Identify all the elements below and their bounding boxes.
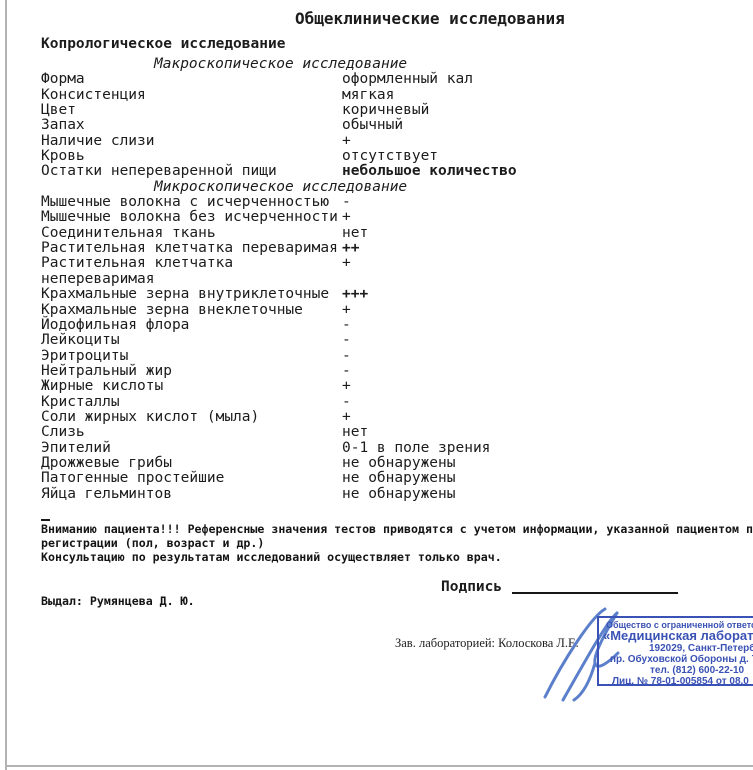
page-bottom-edge bbox=[5, 765, 753, 767]
result-value: не обнаружены bbox=[342, 471, 456, 486]
result-value: + bbox=[342, 410, 351, 425]
result-row: Растительная клетчатка+ bbox=[41, 256, 753, 271]
result-value: - bbox=[342, 395, 351, 410]
result-label: Крахмальные зерна внеклеточные bbox=[41, 303, 342, 318]
result-value: нет bbox=[342, 425, 368, 440]
result-label: Кристаллы bbox=[41, 395, 342, 410]
result-label: Кровь bbox=[41, 149, 342, 164]
result-label: Яйца гельминтов bbox=[41, 487, 342, 502]
result-row: Дрожжевые грибыне обнаружены bbox=[41, 456, 753, 471]
result-label: непереваримая bbox=[41, 272, 342, 287]
result-value: не обнаружены bbox=[342, 487, 456, 502]
result-label: Остатки непереваренной пищи bbox=[41, 164, 342, 179]
stamp-line-street: пр. Обуховской Обороны д. 7 bbox=[610, 654, 753, 665]
result-value: оформленный кал bbox=[342, 72, 473, 87]
result-label: Дрожжевые грибы bbox=[41, 456, 342, 471]
result-row: Эритроциты- bbox=[41, 349, 753, 364]
result-row: Кровьотсутствует bbox=[41, 149, 753, 164]
report-title: Общеклинические исследования bbox=[295, 9, 565, 28]
result-value: + bbox=[342, 256, 351, 271]
lab-head-label: Зав. лабораторией: Колоскова Л.Е. bbox=[395, 636, 579, 651]
result-value: ++ bbox=[342, 241, 359, 256]
result-value: - bbox=[342, 195, 351, 210]
result-row: Консистенциямягкая bbox=[41, 88, 753, 103]
lab-report-page: Общеклинические исследования Копрологиче… bbox=[0, 0, 753, 770]
result-label: Растительная клетчатка переваримая bbox=[41, 241, 342, 256]
result-value: обычный bbox=[342, 118, 403, 133]
result-row: Остатки непереваренной пищинебольшое кол… bbox=[41, 164, 753, 179]
result-row: Цветкоричневый bbox=[41, 103, 753, 118]
patient-notice: Вниманию пациента!!! Референсные значени… bbox=[41, 522, 753, 564]
result-row: Лейкоциты- bbox=[41, 333, 753, 348]
signature-line bbox=[512, 592, 678, 594]
result-value: + bbox=[342, 379, 351, 394]
result-value: + bbox=[342, 134, 351, 149]
signature-label: Подпись bbox=[441, 579, 502, 595]
result-label: Запах bbox=[41, 118, 342, 133]
section-title: Копрологическое исследование bbox=[41, 36, 285, 52]
result-row: Кристаллы- bbox=[41, 395, 753, 410]
result-row: Мышечные волокна без исчерченности+ bbox=[41, 210, 753, 225]
result-row: Крахмальные зерна внутриклеточные+++ bbox=[41, 287, 753, 302]
result-value: - bbox=[342, 333, 351, 348]
result-value: не обнаружены bbox=[342, 456, 456, 471]
result-label: Мышечные волокна без исчерченности bbox=[41, 210, 342, 225]
result-row: Запахобычный bbox=[41, 118, 753, 133]
issued-by-label: Выдал: Румянцева Д. Ю. bbox=[41, 594, 195, 608]
result-row: Патогенные простейшиене обнаружены bbox=[41, 471, 753, 486]
result-row: Нейтральный жир- bbox=[41, 364, 753, 379]
result-label: Слизь bbox=[41, 425, 342, 440]
result-label: Эпителий bbox=[41, 441, 342, 456]
notice-overbar bbox=[41, 519, 50, 521]
subsection-header: Макроскопическое исследование bbox=[41, 57, 753, 72]
results-list: Макроскопическое исследованиеФормаоформл… bbox=[41, 57, 753, 502]
result-row: Формаоформленный кал bbox=[41, 72, 753, 87]
notice-line: Консультацию по результатам исследований… bbox=[41, 550, 753, 564]
result-value: - bbox=[342, 364, 351, 379]
stamp-line-phone: тел. (812) 600-22-10 bbox=[650, 665, 744, 676]
result-row: Крахмальные зерна внеклеточные+ bbox=[41, 303, 753, 318]
result-row: Соли жирных кислот (мыла)+ bbox=[41, 410, 753, 425]
result-value: 0-1 в поле зрения bbox=[342, 441, 490, 456]
notice-line: регистрации (пол, возраст и др.) bbox=[41, 536, 753, 550]
result-label: Крахмальные зерна внутриклеточные bbox=[41, 287, 342, 302]
result-label: Лейкоциты bbox=[41, 333, 342, 348]
result-label: Патогенные простейшие bbox=[41, 471, 342, 486]
subsection-header: Микроскопическое исследование bbox=[41, 180, 753, 195]
result-value: небольшое количество bbox=[342, 164, 517, 179]
result-row: Йодофильная флора- bbox=[41, 318, 753, 333]
result-label: Эритроциты bbox=[41, 349, 342, 364]
result-row: Растительная клетчатка переваримая++ bbox=[41, 241, 753, 256]
result-value: коричневый bbox=[342, 103, 429, 118]
result-label: Мышечные волокна с исчерченностью bbox=[41, 195, 342, 210]
result-row: Эпителий0-1 в поле зрения bbox=[41, 441, 753, 456]
result-label: Растительная клетчатка bbox=[41, 256, 342, 271]
result-label: Консистенция bbox=[41, 88, 342, 103]
page-left-edge bbox=[5, 0, 7, 770]
result-label: Жирные кислоты bbox=[41, 379, 342, 394]
result-label: Наличие слизи bbox=[41, 134, 342, 149]
stamp-line-license: Лиц. № 78-01-005854 от 08.0 bbox=[612, 676, 749, 687]
notice-line: Вниманию пациента!!! Референсные значени… bbox=[41, 522, 753, 536]
result-row: Яйца гельминтовне обнаружены bbox=[41, 487, 753, 502]
result-row: непереваримая bbox=[41, 272, 753, 287]
result-row: Мышечные волокна с исчерченностью- bbox=[41, 195, 753, 210]
result-label: Соединительная ткань bbox=[41, 226, 342, 241]
result-row: Слизьнет bbox=[41, 425, 753, 440]
result-row: Наличие слизи+ bbox=[41, 134, 753, 149]
result-label: Форма bbox=[41, 72, 342, 87]
stamp-line-postcode-city: 192029, Санкт-Петербург bbox=[649, 643, 753, 654]
result-value: + bbox=[342, 210, 351, 225]
stamp-line-company-name: «Медицинская лаборатория» bbox=[603, 628, 753, 643]
result-value: + bbox=[342, 303, 351, 318]
result-value: отсутствует bbox=[342, 149, 438, 164]
result-row: Соединительная тканьнет bbox=[41, 226, 753, 241]
result-value: +++ bbox=[342, 287, 368, 302]
result-value: - bbox=[342, 349, 351, 364]
result-label: Нейтральный жир bbox=[41, 364, 342, 379]
result-label: Йодофильная флора bbox=[41, 318, 342, 333]
result-value: нет bbox=[342, 226, 368, 241]
result-value: мягкая bbox=[342, 88, 394, 103]
result-value: - bbox=[342, 318, 351, 333]
result-row: Жирные кислоты+ bbox=[41, 379, 753, 394]
result-label: Соли жирных кислот (мыла) bbox=[41, 410, 342, 425]
result-label: Цвет bbox=[41, 103, 342, 118]
lab-stamp: Общество с ограниченной ответственностью… bbox=[597, 616, 753, 686]
